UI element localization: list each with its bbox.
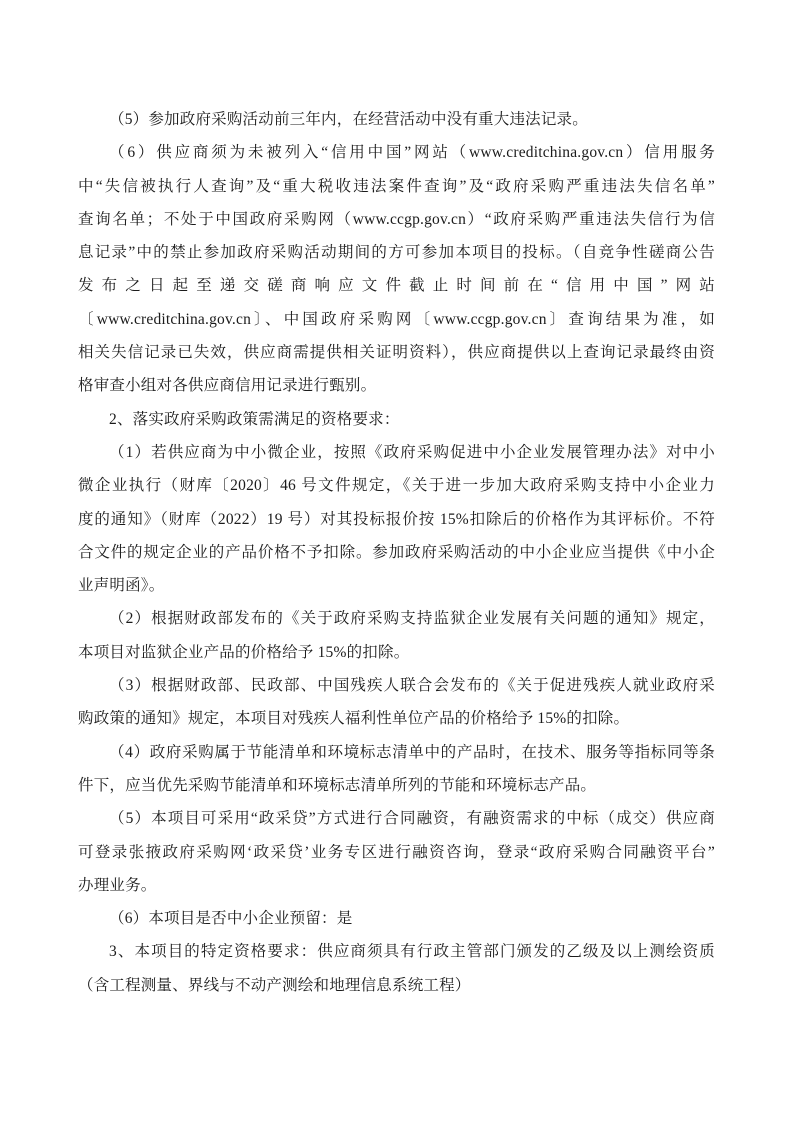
text-line: 度的通知》（财库（2022）19 号）对其投标报价按 15%扣除后的价格作为其评… [78, 503, 715, 536]
document-page: （5）参加政府采购活动前三年内，在经营活动中没有重大违法记录。（6）供应商须为未… [0, 0, 793, 1122]
text-line: 相关失信记录已失效，供应商需提供相关证明资料），供应商提供以上查询记录最终由资 [78, 336, 715, 369]
text-line: （4）政府采购属于节能清单和环境标志清单中的产品时，在技术、服务等指标同等条 [78, 736, 715, 769]
text-line: （6）供应商须为未被列入“信用中国”网站（www.creditchina.gov… [78, 136, 715, 169]
text-line: （3）根据财政部、民政部、中国残疾人联合会发布的《关于促进残疾人就业政府采 [78, 669, 715, 702]
text-line: 息记录”中的禁止参加政府采购活动期间的方可参加本项目的投标。（自竞争性磋商公告 [78, 236, 715, 269]
text-line: 〔www.creditchina.gov.cn〕、中国政府采购网〔www.ccg… [78, 303, 715, 336]
text-line: 发布之日起至递交磋商响应文件截止时间前在“信用中国”网站 [78, 269, 715, 302]
text-line: （2）根据财政部发布的《关于政府采购支持监狱企业发展有关问题的通知》规定， [78, 602, 715, 635]
text-line: 购政策的通知》规定，本项目对残疾人福利性单位产品的价格给予 15%的扣除。 [78, 702, 715, 735]
text-line: 业声明函》。 [78, 569, 715, 602]
text-line: （6）本项目是否中小企业预留：是 [78, 902, 715, 935]
text-line: （含工程测量、界线与不动产测绘和地理信息系统工程） [78, 969, 715, 1002]
text-line: 3、本项目的特定资格要求：供应商须具有行政主管部门颁发的乙级及以上测绘资质 [78, 935, 715, 968]
text-line: 查询名单；不处于中国政府采购网（www.ccgp.gov.cn）“政府采购严重违… [78, 203, 715, 236]
text-line: 本项目对监狱企业产品的价格给予 15%的扣除。 [78, 636, 715, 669]
text-line: 微企业执行（财库〔2020〕46 号文件规定，《关于进一步加大政府采购支持中小企… [78, 469, 715, 502]
text-line: （1）若供应商为中小微企业，按照《政府采购促进中小企业发展管理办法》对中小 [78, 436, 715, 469]
text-line: 2、落实政府采购政策需满足的资格要求： [78, 403, 715, 436]
text-line: 中“失信被执行人查询”及“重大税收违法案件查询”及“政府采购严重违法失信名单” [78, 170, 715, 203]
text-line: （5）本项目可采用“政采贷”方式进行合同融资，有融资需求的中标（成交）供应商 [78, 802, 715, 835]
text-line: 可登录张掖政府采购网‘政采贷’业务专区进行融资咨询，登录“政府采购合同融资平台” [78, 836, 715, 869]
text-line: 格审查小组对各供应商信用记录进行甄别。 [78, 369, 715, 402]
text-line: （5）参加政府采购活动前三年内，在经营活动中没有重大违法记录。 [78, 103, 715, 136]
document-body: （5）参加政府采购活动前三年内，在经营活动中没有重大违法记录。（6）供应商须为未… [78, 103, 715, 1002]
text-line: 办理业务。 [78, 869, 715, 902]
text-line: 件下，应当优先采购节能清单和环境标志清单所列的节能和环境标志产品。 [78, 769, 715, 802]
text-line: 合文件的规定企业的产品价格不予扣除。参加政府采购活动的中小企业应当提供《中小企 [78, 536, 715, 569]
